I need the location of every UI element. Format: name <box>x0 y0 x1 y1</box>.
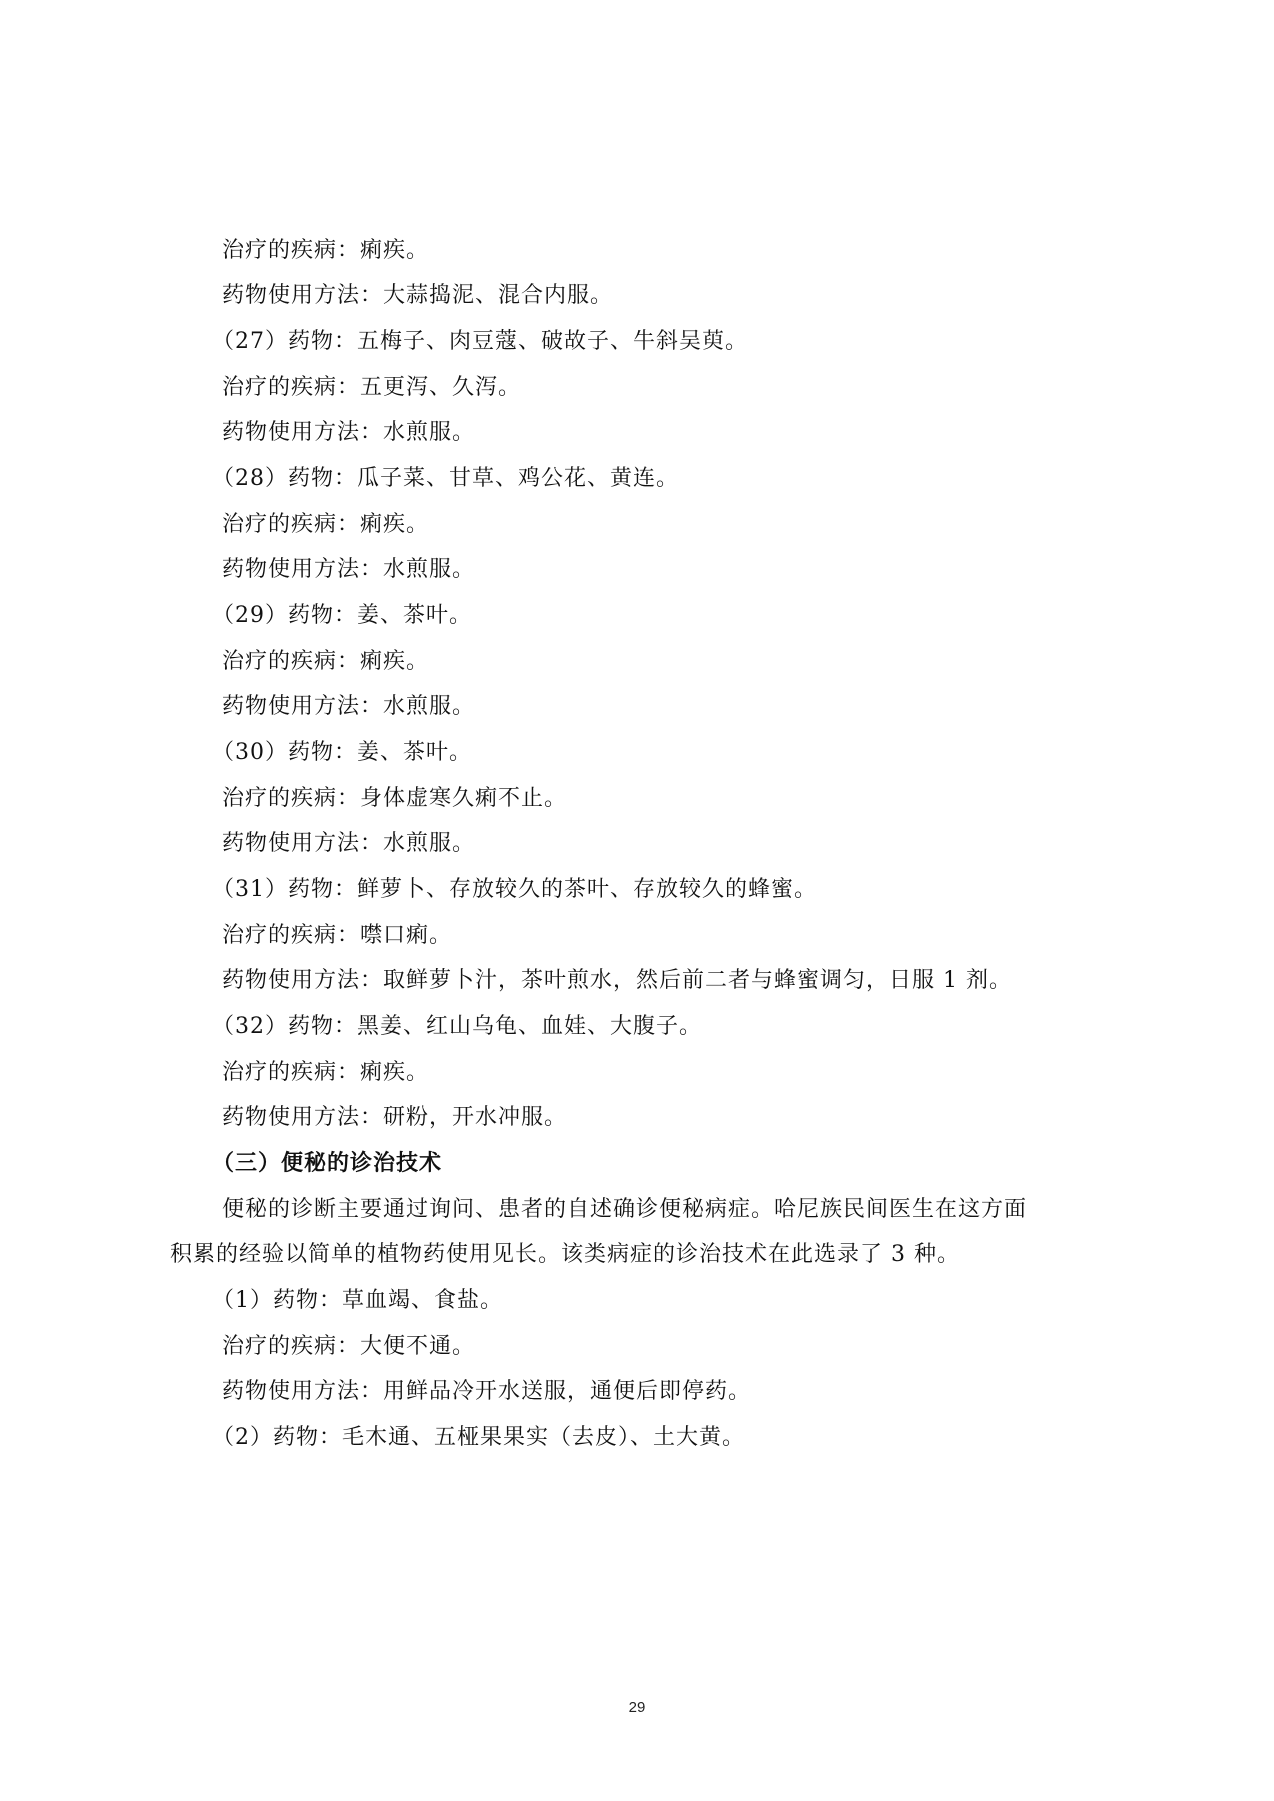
disease-line: 治疗的疾病：五更泻、久泻。 <box>222 373 521 403</box>
disease-line: 治疗的疾病：痢疾。 <box>222 510 429 540</box>
disease-line: 治疗的疾病：大便不通。 <box>222 1332 475 1362</box>
paragraph-line: 积累的经验以简单的植物药使用见长。该类病症的诊治技术在此选录了 3 种。 <box>170 1240 960 1270</box>
medicine-item-28: （28）药物：瓜子菜、甘草、鸡公花、黄连。 <box>212 464 679 494</box>
medicine-item-1: （1）药物：草血竭、食盐。 <box>212 1286 503 1316</box>
usage-line: 药物使用方法：用鲜品冷开水送服，通便后即停药。 <box>222 1377 751 1407</box>
usage-line: 药物使用方法：水煎服。 <box>222 555 475 585</box>
medicine-item-31: （31）药物：鲜萝卜、存放较久的茶叶、存放较久的蜂蜜。 <box>212 875 817 905</box>
medicine-item-27: （27）药物：五梅子、肉豆蔻、破故子、牛斜吴萸。 <box>212 327 748 357</box>
medicine-item-32: （32）药物：黑姜、红山乌龟、血娃、大腹子。 <box>212 1012 702 1042</box>
usage-line: 药物使用方法：水煎服。 <box>222 829 475 859</box>
disease-line: 治疗的疾病：痢疾。 <box>222 1058 429 1088</box>
section-heading: （三）便秘的诊治技术 <box>212 1149 442 1179</box>
medicine-item-29: （29）药物：姜、茶叶。 <box>212 601 472 631</box>
usage-line: 药物使用方法：大蒜捣泥、混合内服。 <box>222 281 613 311</box>
disease-line: 治疗的疾病：身体虚寒久痢不止。 <box>222 784 567 814</box>
medicine-item-30: （30）药物：姜、茶叶。 <box>212 738 472 768</box>
disease-line: 治疗的疾病：痢疾。 <box>222 236 429 266</box>
usage-line: 药物使用方法：水煎服。 <box>222 418 475 448</box>
disease-line: 治疗的疾病：噤口痢。 <box>222 921 452 951</box>
medicine-item-2: （2）药物：毛木通、五桠果果实（去皮）、土大黄。 <box>212 1423 745 1453</box>
usage-line: 药物使用方法：研粉，开水冲服。 <box>222 1103 567 1133</box>
disease-line: 治疗的疾病：痢疾。 <box>222 647 429 677</box>
usage-line: 药物使用方法：取鲜萝卜汁，茶叶煎水，然后前二者与蜂蜜调匀，日服 1 剂。 <box>222 966 1012 996</box>
paragraph-line: 便秘的诊断主要通过询问、患者的自述确诊便秘病症。哈尼族民间医生在这方面 <box>222 1195 1027 1225</box>
page-number: 29 <box>0 1699 1274 1716</box>
document-page: 治疗的疾病：痢疾。 药物使用方法：大蒜捣泥、混合内服。 （27）药物：五梅子、肉… <box>0 0 1274 1801</box>
usage-line: 药物使用方法：水煎服。 <box>222 692 475 722</box>
